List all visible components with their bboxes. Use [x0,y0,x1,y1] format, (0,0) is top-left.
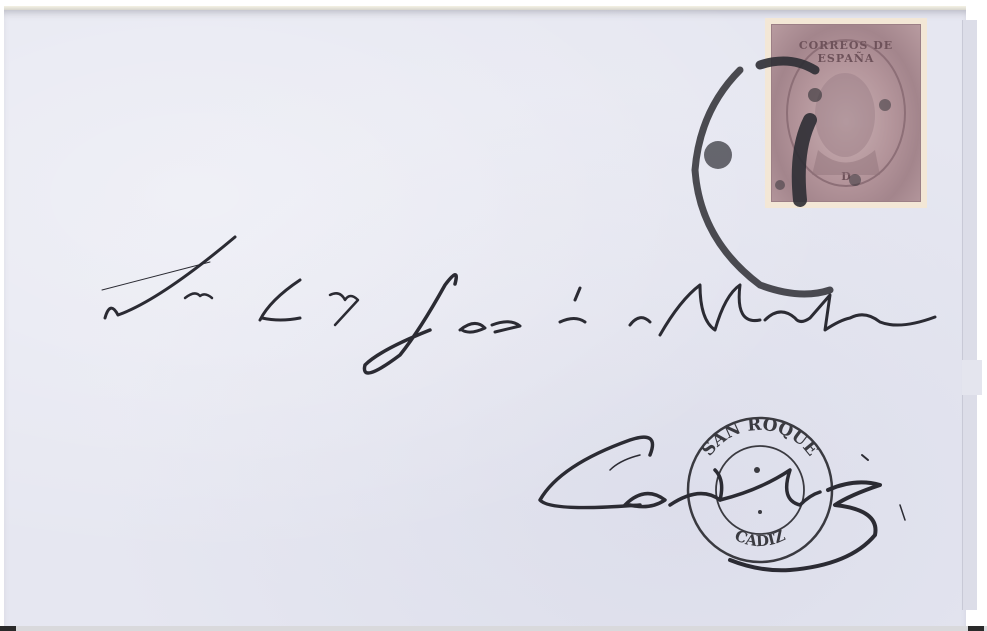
ink-layer: SAN ROQUE CADIZ [0,0,987,631]
postmark-province: CADIZ [732,526,788,550]
postmark-town: SAN ROQUE [698,415,822,460]
stamp-portrait [812,73,880,175]
handwritten-addressee [102,237,935,373]
